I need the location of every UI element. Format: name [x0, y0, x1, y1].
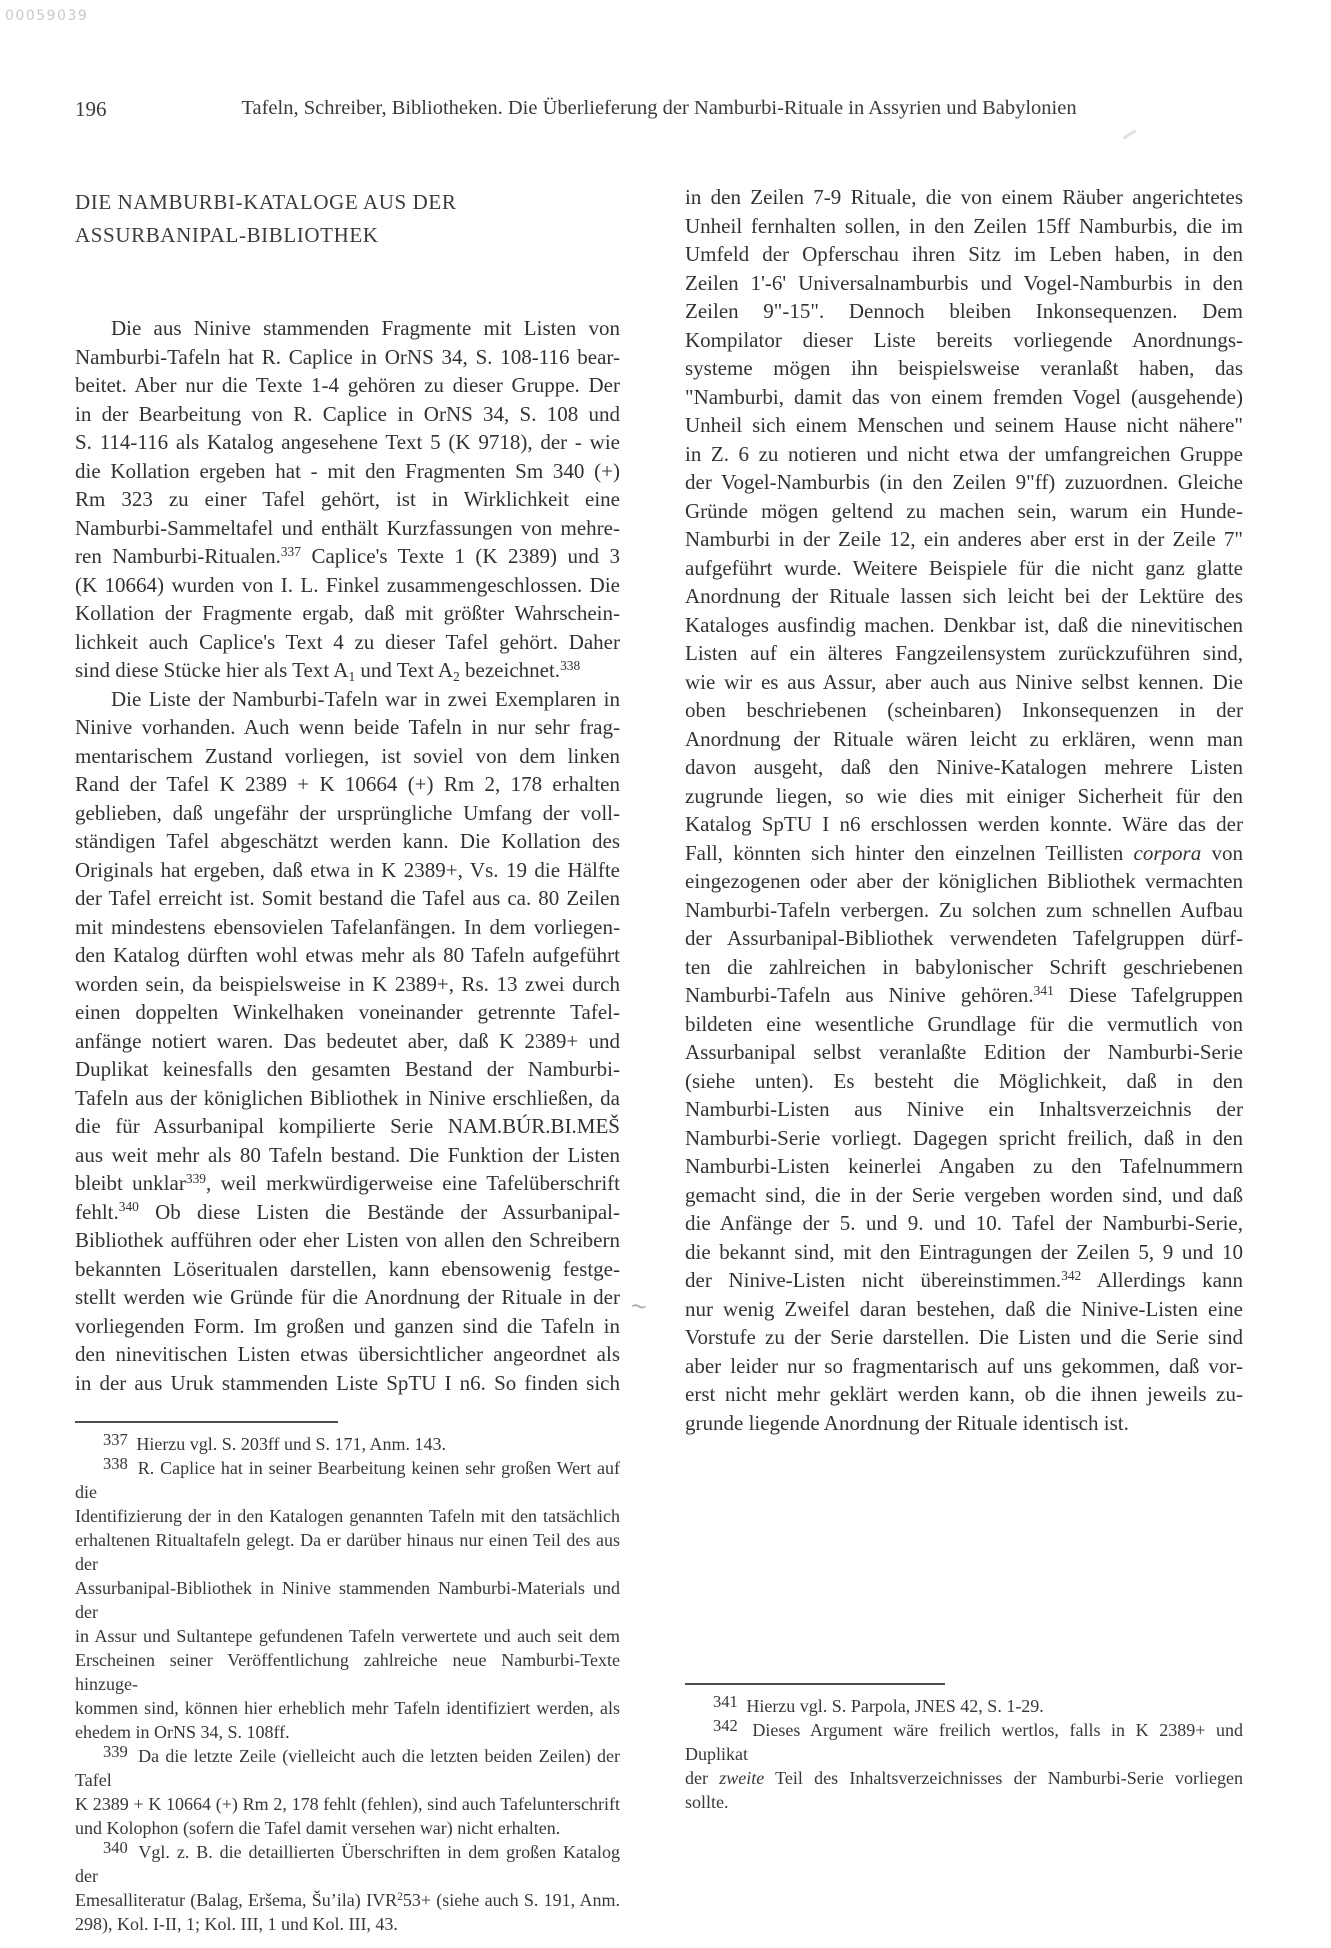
text-line: Gründe mögen geltend zu machen sein, war…: [685, 497, 1243, 526]
text-line: der Tafel erreicht ist. Somit bestand di…: [75, 884, 620, 913]
footnote-number: 342: [713, 1716, 738, 1735]
text-line: worden sein, da beispielsweise in K 2389…: [75, 970, 620, 999]
text-line: anfänge notiert waren. Das bedeutet aber…: [75, 1027, 620, 1056]
footnote-line: 339 Da die letzte Zeile (vielleicht auch…: [75, 1744, 620, 1792]
text-line: Kollation der Fragmente ergab, daß mit g…: [75, 599, 620, 628]
text-line: davon ausgeht, daß den Ninive-Katalogen …: [685, 753, 1243, 782]
footnote-line: 337 Hierzu vgl. S. 203ff und S. 171, Anm…: [75, 1432, 620, 1456]
text-line: beitet. Aber nur die Texte 1-4 gehören z…: [75, 371, 620, 400]
text-line: zugrunde liegen, so wie dies mit einiger…: [685, 782, 1243, 811]
text-line: fehlt.340 Ob diese Listen die Bestände d…: [75, 1198, 620, 1227]
text-line: Assurbanipal selbst veranlaßte Edition d…: [685, 1038, 1243, 1067]
running-head: Tafeln, Schreiber, Bibliotheken. Die Übe…: [75, 97, 1243, 120]
footnote-number: 341: [713, 1692, 738, 1711]
text-line: aufgeführt wurde. Weitere Beispiele für …: [685, 554, 1243, 583]
text-line: systeme mögen ihn beispielsweise veranla…: [685, 354, 1243, 383]
text-line: Zeilen 1'-6' Universalnamburbis und Voge…: [685, 269, 1243, 298]
text-line: mentarischem Zustand vorliegen, ist sovi…: [75, 742, 620, 771]
text-line: der Ninive-Listen nicht übereinstimmen.3…: [685, 1266, 1243, 1295]
text-line: Namburbi-Tafeln hat R. Caplice in OrNS 3…: [75, 343, 620, 372]
text-line: gemacht sind, die in der Serie vergeben …: [685, 1181, 1243, 1210]
text-line: Namburbi-Serie vorliegt. Dagegen spricht…: [685, 1124, 1243, 1153]
text-line: der Assurbanipal-Bibliothek verwendeten …: [685, 924, 1243, 953]
footnote-line: 342 Dieses Argument wäre freilich wertlo…: [685, 1718, 1243, 1766]
text-line: ten die zahlreichen in babylonischer Sch…: [685, 953, 1243, 982]
text-line: (K 10664) wurden von I. L. Finkel zusamm…: [75, 571, 620, 600]
text-line: Katalog SpTU I n6 erschlossen werden kon…: [685, 810, 1243, 839]
footnote-number: 337: [103, 1430, 128, 1449]
text-line: Listen auf ein älteres Fangzeilensystem …: [685, 639, 1243, 668]
text-line: oben beschriebenen (scheinbaren) Inkonse…: [685, 696, 1243, 725]
section-heading: DIE NAMBURBI-KATALOGE AUS DERASSURBANIPA…: [75, 186, 620, 252]
text-line: Kataloges ausfindig machen. Denkbar ist,…: [685, 611, 1243, 640]
text-line: Tafeln aus der königlichen Bibliothek in…: [75, 1084, 620, 1113]
footnote-line: Identifizierung der in den Katalogen gen…: [75, 1504, 620, 1528]
text-line: ren Namburbi-Ritualen.337 Caplice's Text…: [75, 542, 620, 571]
footnote-line: 341 Hierzu vgl. S. Parpola, JNES 42, S. …: [685, 1694, 1243, 1718]
footnote-number: 338: [103, 1454, 128, 1473]
text-line: lichkeit auch Caplice's Text 4 zu dieser…: [75, 628, 620, 657]
text-line: ständigen Tafel abgeschätzt werden kann.…: [75, 827, 620, 856]
text-line: DIE NAMBURBI-KATALOGE AUS DER: [75, 186, 620, 219]
text-line: in Z. 6 zu notieren und nicht etwa der u…: [685, 440, 1243, 469]
footnote-line: 298), Kol. I-II, 1; Kol. III, 1 und Kol.…: [75, 1912, 620, 1936]
text-line: Anordnung der Rituale wären leicht zu er…: [685, 725, 1243, 754]
footnote-line: kommen sind, können hier erheblich mehr …: [75, 1696, 620, 1720]
text-line: Namburbi-Tafeln aus Ninive gehören.341 D…: [685, 981, 1243, 1010]
text-line: Bibliothek aufführen oder eher Listen vo…: [75, 1226, 620, 1255]
text-line: Namburbi-Tafeln verbergen. Zu solchen zu…: [685, 896, 1243, 925]
text-line: Zeilen 9"-15". Dennoch bleiben Inkonsequ…: [685, 297, 1243, 326]
scan-id-stamp: 00059039: [5, 8, 88, 24]
footnote-line: Emesalliteratur (Balag, Eršema, Šu’ila) …: [75, 1888, 620, 1912]
text-line: stellt werden wie Gründe für die Anordnu…: [75, 1283, 620, 1312]
text-line: Unheil sich einem Menschen und seinem Ha…: [685, 411, 1243, 440]
text-line: sind diese Stücke hier als Text A1 und T…: [75, 656, 620, 685]
footnote-separator-left: [75, 1421, 338, 1423]
text-line: Vorstufe zu der Serie darstellen. Die Li…: [685, 1323, 1243, 1352]
text-line: die Kollation ergeben hat - mit den Frag…: [75, 457, 620, 486]
footnote-number: 340: [103, 1838, 128, 1857]
text-line: nur wenig Zweifel daran bestehen, daß di…: [685, 1295, 1243, 1324]
scan-smudge: [1122, 129, 1136, 139]
text-line: bleibt unklar339, weil merkwürdigerweise…: [75, 1169, 620, 1198]
text-line: der Vogel-Namburbis (in den Zeilen 9"ff)…: [685, 468, 1243, 497]
footnote-line: und Kolophon (sofern die Tafel damit ver…: [75, 1816, 620, 1840]
text-line: Die Liste der Namburbi-Tafeln war in zwe…: [75, 685, 620, 714]
text-line: Fall, könnten sich hinter den einzelnen …: [685, 839, 1243, 868]
text-line: erst nicht mehr geklärt werden kann, ob …: [685, 1380, 1243, 1409]
text-line: (siehe unten). Es besteht die Möglichkei…: [685, 1067, 1243, 1096]
text-line: vorliegenden Form. Im großen und ganzen …: [75, 1312, 620, 1341]
text-line: wie wir es aus Assur, aber auch aus Nini…: [685, 668, 1243, 697]
text-line: Die aus Ninive stammenden Fragmente mit …: [75, 314, 620, 343]
text-line: Umfeld der Opferschau ihren Sitz im Lebe…: [685, 240, 1243, 269]
text-line: in den Zeilen 7-9 Rituale, die von einem…: [685, 183, 1243, 212]
text-line: bildeten eine wesentliche Grundlage für …: [685, 1010, 1243, 1039]
footnote-line: Erscheinen seiner Veröffentlichung zahlr…: [75, 1648, 620, 1696]
footnotes-right: 341 Hierzu vgl. S. Parpola, JNES 42, S. …: [685, 1694, 1243, 1814]
text-line: Rm 323 zu einer Tafel gehört, ist in Wir…: [75, 485, 620, 514]
text-line: aus weit mehr als 80 Tafeln bestand. Die…: [75, 1141, 620, 1170]
text-line: "Namburbi, damit das von einem fremden V…: [685, 383, 1243, 412]
text-line: Ninive vorhanden. Auch wenn beide Tafeln…: [75, 713, 620, 742]
text-line: die für Assurbanipal kompilierte Serie N…: [75, 1112, 620, 1141]
text-line: Namburbi-Listen aus Ninive ein Inhaltsve…: [685, 1095, 1243, 1124]
text-line: Kompilator dieser Liste bereits vorliege…: [685, 326, 1243, 355]
text-line: Duplikat keinesfalls den gesamten Bestan…: [75, 1055, 620, 1084]
text-line: geblieben, daß ungefähr der ursprünglich…: [75, 799, 620, 828]
text-line: ASSURBANIPAL-BIBLIOTHEK: [75, 219, 620, 252]
footnote-number: 339: [103, 1742, 128, 1761]
text-line: in der Bearbeitung von R. Caplice in OrN…: [75, 400, 620, 429]
text-line: Anordnung der Rituale lassen sich leicht…: [685, 582, 1243, 611]
text-line: Originals hat ergeben, daß etwa in K 238…: [75, 856, 620, 885]
text-line: Namburbi-Sammeltafel und enthält Kurzfas…: [75, 514, 620, 543]
text-line: aber leider nur so fragmentarisch auf un…: [685, 1352, 1243, 1381]
text-line: Unheil fernhalten sollen, in den Zeilen …: [685, 212, 1243, 241]
text-line: bekannten Löseritualen darstellen, kann …: [75, 1255, 620, 1284]
text-line: einen doppelten Winkelhaken voneinander …: [75, 998, 620, 1027]
text-line: eingezogenen oder aber der königlichen B…: [685, 867, 1243, 896]
footnote-line: erhaltenen Ritualtafeln gelegt. Da er da…: [75, 1528, 620, 1576]
scanned-book-page: 00059039 196 Tafeln, Schreiber, Biblioth…: [0, 0, 1331, 1948]
right-column-body: in den Zeilen 7-9 Rituale, die von einem…: [685, 183, 1243, 1437]
left-column-body: Die aus Ninive stammenden Fragmente mit …: [75, 314, 620, 1397]
text-line: den Katalog dürften wohl etwas mehr als …: [75, 941, 620, 970]
footnotes-left: 337 Hierzu vgl. S. 203ff und S. 171, Anm…: [75, 1432, 620, 1936]
text-line: Namburbi-Listen keinerlei Angaben zu den…: [685, 1152, 1243, 1181]
text-line: den ninevitischen Listen etwas übersicht…: [75, 1340, 620, 1369]
text-line: die Anfänge der 5. und 9. und 10. Tafel …: [685, 1209, 1243, 1238]
footnote-line: der zweite Teil des Inhaltsverzeichnisse…: [685, 1766, 1243, 1814]
text-line: in der aus Uruk stammenden Liste SpTU I …: [75, 1369, 620, 1398]
stray-pen-mark: ∼: [628, 1293, 649, 1320]
footnote-line: ehedem in OrNS 34, S. 108ff.: [75, 1720, 620, 1744]
footnote-line: in Assur und Sultantepe gefundenen Tafel…: [75, 1624, 620, 1648]
text-line: grunde liegende Anordnung der Rituale id…: [685, 1409, 1243, 1438]
footnote-separator-right: [685, 1683, 945, 1685]
text-line: S. 114-116 als Katalog angesehene Text 5…: [75, 428, 620, 457]
footnote-line: 340 Vgl. z. B. die detaillierten Übersch…: [75, 1840, 620, 1888]
text-line: die bekannt sind, mit den Eintragungen d…: [685, 1238, 1243, 1267]
footnote-line: 338 R. Caplice hat in seiner Bearbeitung…: [75, 1456, 620, 1504]
text-line: mit mindestens ebensovielen Tafelanfänge…: [75, 913, 620, 942]
text-line: Rand der Tafel K 2389 + K 10664 (+) Rm 2…: [75, 770, 620, 799]
text-line: Namburbi in der Zeile 12, ein anderes ab…: [685, 525, 1243, 554]
footnote-line: K 2389 + K 10664 (+) Rm 2, 178 fehlt (fe…: [75, 1792, 620, 1816]
footnote-line: Assurbanipal-Bibliothek in Ninive stamme…: [75, 1576, 620, 1624]
